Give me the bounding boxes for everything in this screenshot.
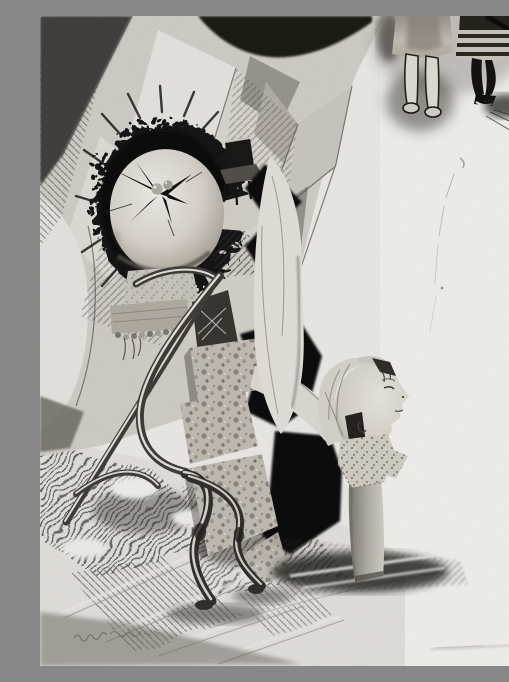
drawing-canvas: Black-and-white surrealist drawing: a do… bbox=[40, 16, 509, 666]
artwork-photo: Black-and-white surrealist drawing: a do… bbox=[40, 16, 509, 666]
tone-layer bbox=[40, 16, 509, 666]
